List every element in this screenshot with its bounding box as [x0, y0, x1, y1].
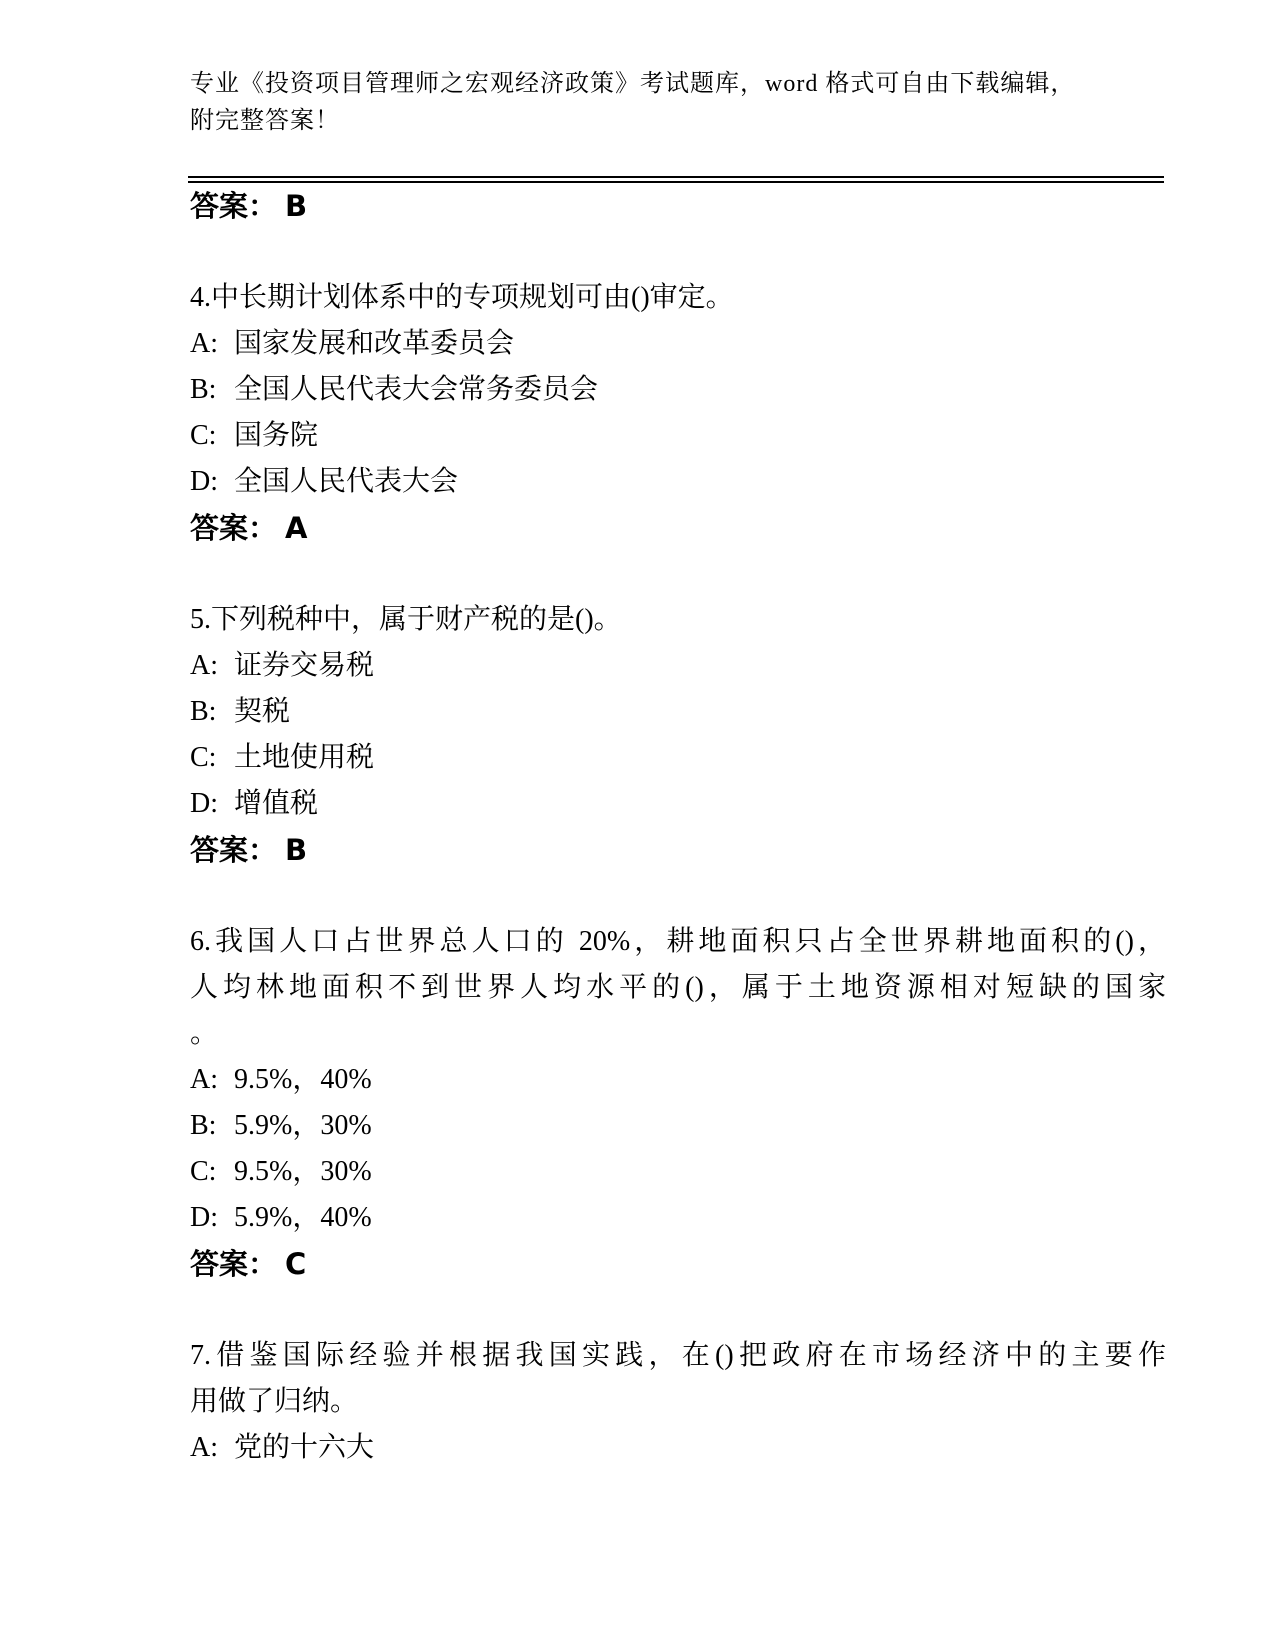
- option-row: B:5.9%，30%: [190, 1103, 1166, 1149]
- question-block: 7.借鉴国际经验并根据我国实践，在()把政府在市场经济中的主要作用做了归纳。A:…: [190, 1333, 1166, 1471]
- question-text-line: 5.下列税种中，属于财产税的是()。: [190, 597, 1166, 643]
- question-text-line: 用做了归纳。: [190, 1379, 1166, 1425]
- option-row: A:党的十六大: [190, 1425, 1166, 1471]
- option-row: B:全国人民代表大会常务委员会: [190, 367, 1166, 413]
- option-label: D:: [190, 1195, 234, 1241]
- option-text: 契税: [234, 696, 290, 727]
- option-label: C:: [190, 735, 234, 781]
- answer-value: C: [285, 1247, 306, 1281]
- option-row: C:土地使用税: [190, 735, 1166, 781]
- option-label: A:: [190, 1425, 234, 1471]
- option-label: D:: [190, 781, 234, 827]
- option-text: 9.5%，40%: [234, 1064, 372, 1095]
- option-row: D:增值税: [190, 781, 1166, 827]
- document-header: 专业《投资项目管理师之宏观经济政策》考试题库，word 格式可自由下载编辑， 附…: [190, 66, 1165, 140]
- question-list: 4.中长期计划体系中的专项规划可由()审定。A:国家发展和改革委员会B:全国人民…: [190, 275, 1166, 1471]
- option-text: 9.5%，30%: [234, 1156, 372, 1187]
- option-text: 全国人民代表大会常务委员会: [234, 374, 598, 405]
- question-text-line: 。: [190, 1011, 1166, 1057]
- answer-line: 答案：C: [190, 1241, 1166, 1287]
- question-block: 4.中长期计划体系中的专项规划可由()审定。A:国家发展和改革委员会B:全国人民…: [190, 275, 1166, 551]
- option-label: C:: [190, 413, 234, 459]
- answer-label: 答案：: [190, 189, 277, 223]
- question-text-line: 6.我国人口占世界总人口的 20%，耕地面积只占全世界耕地面积的()，: [190, 919, 1166, 965]
- option-row: A:9.5%，40%: [190, 1057, 1166, 1103]
- option-text: 证券交易税: [234, 650, 374, 681]
- option-label: B:: [190, 367, 234, 413]
- question-text-line: 人均林地面积不到世界人均水平的()，属于土地资源相对短缺的国家: [190, 965, 1166, 1011]
- option-label: B:: [190, 689, 234, 735]
- exam-content: 答案：B 4.中长期计划体系中的专项规划可由()审定。A:国家发展和改革委员会B…: [190, 183, 1166, 1471]
- answer-value: A: [285, 511, 307, 545]
- question-block: 6.我国人口占世界总人口的 20%，耕地面积只占全世界耕地面积的()，人均林地面…: [190, 919, 1166, 1287]
- answer-label: 答案：: [190, 1247, 277, 1281]
- option-text: 5.9%，40%: [234, 1202, 372, 1233]
- option-row: C:9.5%，30%: [190, 1149, 1166, 1195]
- answer-line: 答案：A: [190, 505, 1166, 551]
- option-text: 国务院: [234, 420, 318, 451]
- option-label: D:: [190, 459, 234, 505]
- question-text-line: 4.中长期计划体系中的专项规划可由()审定。: [190, 275, 1166, 321]
- answer-value: B: [285, 833, 307, 867]
- answer-label: 答案：: [190, 833, 277, 867]
- option-text: 土地使用税: [234, 742, 374, 773]
- question-block: 5.下列税种中，属于财产税的是()。A:证券交易税B:契税C:土地使用税D:增值…: [190, 597, 1166, 873]
- option-row: A:国家发展和改革委员会: [190, 321, 1166, 367]
- option-label: A:: [190, 321, 234, 367]
- option-label: A:: [190, 643, 234, 689]
- answer-line: 答案：B: [190, 183, 1166, 229]
- option-label: C:: [190, 1149, 234, 1195]
- option-row: D:全国人民代表大会: [190, 459, 1166, 505]
- option-text: 全国人民代表大会: [234, 466, 458, 497]
- answer-label: 答案：: [190, 511, 277, 545]
- option-text: 增值税: [234, 788, 318, 819]
- section-divider: [188, 176, 1164, 183]
- answer-line: 答案：B: [190, 827, 1166, 873]
- option-row: D:5.9%，40%: [190, 1195, 1166, 1241]
- document-page: 专业《投资项目管理师之宏观经济政策》考试题库，word 格式可自由下载编辑， 附…: [0, 0, 1275, 1650]
- option-text: 国家发展和改革委员会: [234, 328, 514, 359]
- option-row: B:契税: [190, 689, 1166, 735]
- option-text: 5.9%，30%: [234, 1110, 372, 1141]
- option-label: A:: [190, 1057, 234, 1103]
- option-row: A:证券交易税: [190, 643, 1166, 689]
- option-label: B:: [190, 1103, 234, 1149]
- answer-value: B: [285, 189, 307, 223]
- option-row: C:国务院: [190, 413, 1166, 459]
- option-text: 党的十六大: [234, 1432, 374, 1463]
- question-text-line: 7.借鉴国际经验并根据我国实践，在()把政府在市场经济中的主要作: [190, 1333, 1166, 1379]
